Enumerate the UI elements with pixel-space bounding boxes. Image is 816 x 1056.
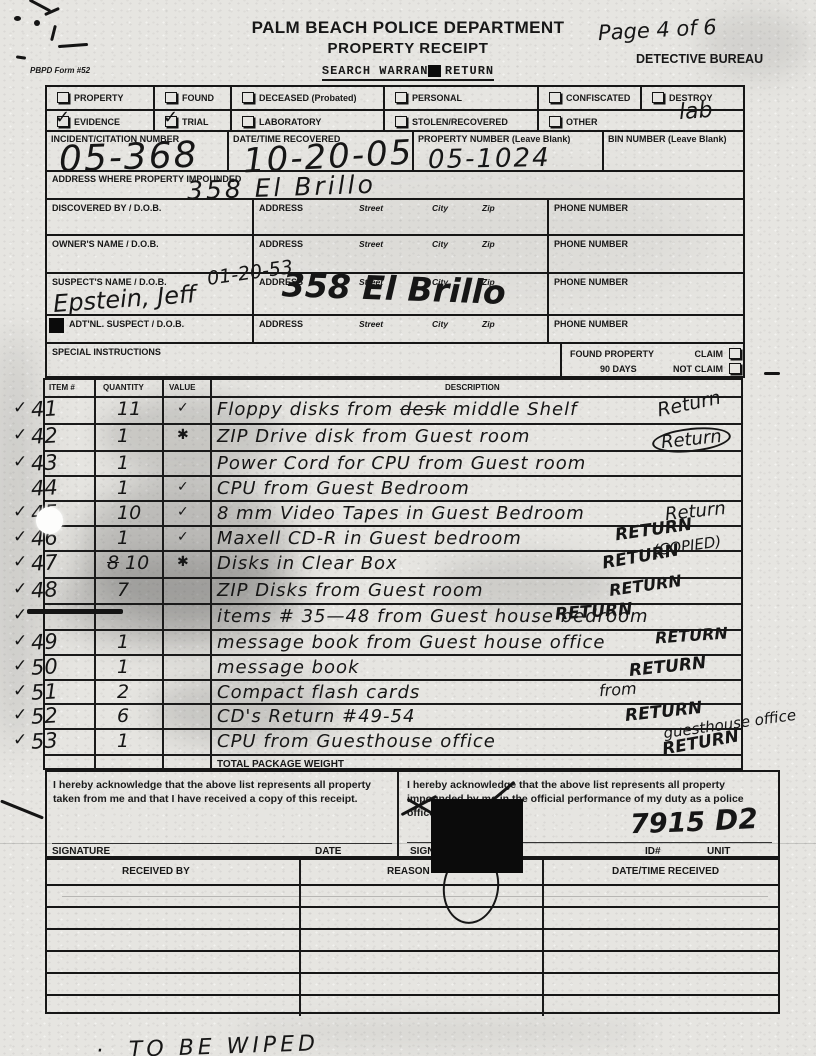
evidence-checkbox[interactable]: ✓	[57, 116, 69, 127]
col-divider	[162, 527, 164, 550]
classification-label: EVIDENCE	[74, 117, 120, 127]
handwritten-quantity: 1	[117, 732, 129, 751]
classification-label: FOUND	[182, 93, 214, 103]
person-row-label: DISCOVERED BY / D.O.B.	[52, 203, 161, 213]
other-checkbox[interactable]	[549, 116, 561, 127]
col-divider	[94, 452, 96, 475]
col-divider	[162, 398, 164, 423]
handwritten-lab-note: lab	[678, 100, 713, 124]
col-divider	[94, 656, 96, 679]
property-item-row: ✓487ZIP Disks from Guest roomRETURN	[45, 577, 741, 603]
handwritten-description: Floppy disks from desk middle Shelf	[217, 401, 577, 419]
handwritten-quantity: 10	[117, 504, 141, 523]
stolen-recovered-checkbox[interactable]	[395, 116, 407, 127]
person-phone-cell: PHONE NUMBER	[547, 236, 747, 272]
handwritten-case-value: 05-1024	[428, 145, 551, 173]
handwritten-description: CPU from Guest Bedroom	[217, 480, 470, 498]
struck-quantity: 8	[107, 554, 119, 573]
person-address-cell: ADDRESSStreetCityZip358 El Brillo	[252, 274, 547, 314]
signature-line-left	[52, 843, 392, 844]
handwritten-unit: D2	[714, 805, 758, 835]
items-header-description: DESCRIPTION	[445, 383, 500, 392]
margin-pen-bar	[27, 609, 123, 614]
classification-label: DECEASED (Probated)	[259, 93, 357, 103]
col-divider	[299, 886, 301, 906]
zip-label: Zip	[482, 203, 495, 213]
case-fields-row: INCIDENT/CITATION NUMBER05-368DATE/TIME …	[47, 130, 743, 170]
property-item-row: ✓461✓Maxell CD-R in Guest bedroomRETURN(…	[45, 525, 741, 550]
handwritten-description: message book from Guest house office	[217, 634, 605, 652]
phone-label: PHONE NUMBER	[554, 319, 628, 329]
handwritten-description: Power Cord for CPU from Guest room	[217, 455, 586, 473]
items-header-quantity: QUANTITY	[103, 383, 144, 392]
handwritten-quantity: 1	[117, 529, 129, 548]
city-label: City	[432, 203, 448, 213]
handwritten-quantity: 6	[117, 707, 129, 726]
col-divider	[210, 656, 212, 679]
classification-cell: OTHER	[537, 111, 747, 130]
handwritten-value-mark: ✱	[177, 555, 189, 569]
address-impounded-row: ADDRESS WHERE PROPERTY IMPOUNDED 358 El …	[47, 170, 743, 198]
items-header-item: ITEM #	[49, 383, 75, 392]
unit-label: UNIT	[707, 846, 730, 857]
address-label: ADDRESS	[259, 319, 303, 329]
handwritten-quantity: 1	[117, 427, 129, 446]
property-items-table: ITEM # QUANTITY VALUE DESCRIPTION ✓4111✓…	[43, 378, 743, 770]
col-divider	[162, 681, 164, 703]
classification-cell: FOUND	[153, 87, 230, 109]
scanned-property-receipt-page: PALM BEACH POLICE DEPARTMENT PROPERTY RE…	[0, 0, 816, 1056]
handwritten-item-number: 53	[30, 730, 58, 752]
form-subtitle: SEARCH WARRANT RETURN	[0, 64, 816, 78]
zip-label: Zip	[482, 239, 495, 249]
handwritten-description: CD's Return #49-54	[217, 708, 415, 726]
property-item-row: ✓431Power Cord for CPU from Guest room	[45, 450, 741, 475]
person-address-cell: ADDRESSStreetCityZip	[252, 200, 547, 234]
margin-check-mark: ✓	[13, 400, 27, 417]
property-checkbox[interactable]	[57, 92, 69, 103]
col-divider	[210, 398, 212, 423]
signature-label: SIGNATURE	[52, 846, 110, 857]
person-phone-cell: PHONE NUMBER	[547, 274, 747, 314]
person-row: SUSPECT'S NAME / D.O.B.01-20-53Epstein, …	[47, 272, 743, 314]
person-address-cell: ADDRESSStreetCityZip	[252, 316, 547, 342]
col-divider	[542, 974, 544, 994]
pen-check-mark: ✓	[163, 107, 178, 128]
col-divider	[94, 730, 96, 754]
redaction-box-small	[49, 318, 64, 333]
pen-check-mark: ✓	[55, 107, 70, 128]
received-empty-row[interactable]	[47, 994, 778, 1016]
handwritten-quantity: 1	[117, 658, 129, 677]
col-divider	[162, 425, 164, 450]
ninety-days-label: 90 DAYS	[600, 364, 637, 374]
classification-cell: PERSONAL	[383, 87, 537, 109]
ink-scribble	[764, 372, 780, 375]
handwritten-quantity: 2	[117, 683, 129, 702]
handwritten-description: CPU from Guesthouse office	[217, 733, 496, 751]
col-divider	[94, 398, 96, 423]
deceased-probated--checkbox[interactable]	[242, 92, 254, 103]
id-label: ID#	[645, 846, 661, 857]
person-row: ADT'NL. SUSPECT / D.O.B.ADDRESSStreetCit…	[47, 314, 743, 342]
phone-label: PHONE NUMBER	[554, 203, 628, 213]
not-claim-checkbox[interactable]	[729, 363, 741, 374]
claim-checkbox[interactable]	[729, 348, 741, 359]
destroy-checkbox[interactable]	[652, 92, 664, 103]
handwritten-value-mark: ✓	[177, 480, 189, 494]
items-header-value: VALUE	[169, 383, 196, 392]
margin-check-mark: ✓	[13, 607, 27, 624]
acknowledgment-left-text: I hereby acknowledge that the above list…	[53, 778, 383, 806]
ink-blot	[428, 65, 441, 77]
handwritten-item-number: 50	[30, 656, 58, 678]
col-divider	[542, 930, 544, 950]
margin-check-mark: ✓	[13, 581, 27, 598]
person-row-label: OWNER'S NAME / D.O.B.	[52, 239, 159, 249]
date-label: DATE	[315, 846, 341, 857]
col-divider	[542, 908, 544, 928]
property-item-row: ✓421✱ZIP Drive disk from Guest roomRetur…	[45, 423, 741, 450]
classification-cell: DECEASED (Probated)	[230, 87, 383, 109]
received-empty-row[interactable]	[47, 950, 778, 972]
col-divider	[162, 579, 164, 603]
case-field-cell: PROPERTY NUMBER (Leave Blank)05-1024	[412, 132, 602, 170]
zip-label: Zip	[482, 319, 495, 329]
col-divider	[162, 656, 164, 679]
col-divider	[210, 502, 212, 525]
col-divider	[94, 425, 96, 450]
handwritten-quantity: 11	[117, 400, 141, 419]
handwritten-description: Maxell CD-R in Guest bedroom	[217, 530, 522, 548]
classification-cell: LABORATORY	[230, 111, 383, 130]
property-item-row: ✓4111✓Floppy disks from desk middle Shel…	[45, 396, 741, 423]
handwritten-quantity: 10	[125, 554, 149, 573]
phone-label: PHONE NUMBER	[554, 277, 628, 287]
handwritten-description: Disks in Clear Box	[217, 555, 398, 573]
struck-word: desk	[400, 399, 446, 420]
received-header-row: RECEIVED BY REASON DATE/TIME RECEIVED	[47, 860, 778, 884]
city-label: City	[432, 319, 448, 329]
found-checkbox[interactable]	[165, 92, 177, 103]
acknowledgment-section: I hereby acknowledge that the above list…	[45, 770, 780, 858]
col-divider	[162, 452, 164, 475]
special-instructions-label: SPECIAL INSTRUCTIONS	[52, 347, 161, 357]
street-label: Street	[359, 203, 383, 213]
handwritten-return-note: RETURN	[608, 573, 682, 599]
col-divider	[94, 502, 96, 525]
trial-checkbox[interactable]: ✓	[165, 116, 177, 127]
col-divider	[162, 605, 164, 629]
redaction-box-signature	[431, 799, 523, 873]
col-divider	[210, 631, 212, 654]
col-divider	[210, 579, 212, 603]
handwritten-description: 8 mm Video Tapes in Guest Bedroom	[217, 505, 585, 523]
case-field-label: BIN NUMBER (Leave Blank)	[608, 134, 727, 144]
handwritten-footer-note: · TO BE WIPED	[96, 1033, 320, 1056]
col-divider	[210, 605, 212, 629]
property-item-row: ✓512Compact flash cardsfrom	[45, 679, 741, 703]
handwritten-description: Compact flash cards	[217, 684, 420, 702]
handwritten-return-note: RETURN	[628, 655, 707, 680]
col-divider	[210, 527, 212, 550]
col-divider	[542, 996, 544, 1016]
col-divider	[210, 477, 212, 500]
classification-label: CONFISCATED	[566, 93, 630, 103]
col-divider	[94, 552, 96, 577]
handwritten-item-number: 47	[30, 552, 58, 574]
property-item-row: 441✓CPU from Guest Bedroom	[45, 475, 741, 500]
col-divider	[162, 477, 164, 500]
col-divider	[299, 952, 301, 972]
margin-check-mark: ✓	[13, 683, 27, 700]
classification-row-2: ✓EVIDENCE✓TRIALLABORATORYSTOLEN/RECOVERE…	[47, 109, 743, 130]
received-empty-row[interactable]	[47, 972, 778, 994]
signature-stroke	[0, 799, 44, 819]
items-header-row: ITEM # QUANTITY VALUE DESCRIPTION	[45, 380, 741, 396]
col-divider	[94, 681, 96, 703]
margin-check-mark: ✓	[13, 554, 27, 571]
classification-cell: PROPERTY	[47, 87, 153, 109]
handwritten-item-number: 52	[30, 705, 58, 727]
handwritten-quantity: 1	[117, 633, 129, 652]
confiscated-checkbox[interactable]	[549, 92, 561, 103]
address-label: ADDRESS	[259, 239, 303, 249]
city-label: City	[432, 239, 448, 249]
col-divider	[210, 730, 212, 754]
special-instructions-row: SPECIAL INSTRUCTIONS FOUND PROPERTY CLAI…	[47, 342, 743, 380]
margin-check-mark: ✓	[13, 707, 27, 724]
footer-note-text: TO BE WIPED	[129, 1031, 320, 1056]
received-empty-row[interactable]	[47, 906, 778, 928]
col-divider	[162, 552, 164, 577]
handwritten-return-note: RETURN	[655, 625, 729, 646]
classification-cell: CONFISCATED	[537, 87, 640, 109]
col-divider	[162, 502, 164, 525]
col-divider	[210, 425, 212, 450]
col-divider	[162, 730, 164, 754]
classification-label: STOLEN/RECOVERED	[412, 117, 508, 127]
handwritten-item-number: 42	[30, 425, 58, 447]
classification-cell: ✓EVIDENCE	[47, 111, 153, 130]
handwritten-item-number: 43	[30, 452, 58, 474]
address-label: ADDRESS	[259, 203, 303, 213]
person-phone-cell: PHONE NUMBER	[547, 316, 747, 342]
handwritten-description: ZIP Drive disk from Guest room	[217, 428, 530, 446]
handwritten-description: message book	[217, 659, 360, 677]
person-row-label: ADT'NL. SUSPECT / D.O.B.	[69, 319, 184, 329]
classification-label: OTHER	[566, 117, 598, 127]
col-divider	[542, 952, 544, 972]
margin-check-mark: ✓	[13, 504, 27, 521]
col-divider	[542, 886, 544, 906]
margin-check-mark: ✓	[13, 454, 27, 471]
phone-label: PHONE NUMBER	[554, 239, 628, 249]
laboratory-checkbox[interactable]	[242, 116, 254, 127]
col-divider	[299, 908, 301, 928]
classification-cell: STOLEN/RECOVERED	[383, 111, 537, 130]
col-divider	[94, 631, 96, 654]
col-divider	[299, 974, 301, 994]
col-divider	[210, 705, 212, 728]
property-item-row: ✓526CD's Return #49-54RETURNguesthouse o…	[45, 703, 741, 728]
claim-label: CLAIM	[695, 349, 724, 359]
col-divider	[299, 930, 301, 950]
handwritten-item-number: 51	[30, 681, 58, 703]
col-divider	[299, 996, 301, 1016]
street-label: Street	[359, 319, 383, 329]
col-divider	[210, 681, 212, 703]
case-field-cell: INCIDENT/CITATION NUMBER05-368	[47, 132, 227, 170]
hole-punch	[36, 507, 63, 534]
handwritten-suspect-name: Epstein, Jeff	[52, 282, 197, 316]
person-row: OWNER'S NAME / D.O.B.ADDRESSStreetCityZi…	[47, 234, 743, 272]
handwritten-return-note: from	[598, 681, 637, 700]
handwritten-value-mark: ✓	[177, 401, 189, 415]
handwritten-quantity: 7	[117, 581, 129, 600]
street-label: Street	[359, 239, 383, 249]
classification-row-1: PROPERTYFOUNDDECEASED (Probated)PERSONAL…	[47, 87, 743, 109]
col-divider	[162, 705, 164, 728]
handwritten-quantity: 1	[117, 479, 129, 498]
found-property-cell: FOUND PROPERTY CLAIM 90 DAYS NOT CLAIM	[560, 344, 747, 380]
handwritten-officer-id: 7915	[630, 809, 706, 839]
margin-check-mark: ✓	[13, 427, 27, 444]
col-divider	[94, 477, 96, 500]
col-divider	[94, 527, 96, 550]
handwritten-value-mark: ✓	[177, 530, 189, 544]
margin-check-mark: ✓	[13, 732, 27, 749]
property-item-row: ✓491message book from Guest house office…	[45, 629, 741, 654]
received-by-header: RECEIVED BY	[122, 866, 190, 877]
received-empty-row[interactable]	[47, 884, 778, 906]
personal-checkbox[interactable]	[395, 92, 407, 103]
classification-label: PERSONAL	[412, 93, 462, 103]
person-phone-cell: PHONE NUMBER	[547, 200, 747, 234]
handwritten-item-number: 41	[30, 398, 58, 420]
classification-label: LABORATORY	[259, 117, 321, 127]
property-item-row: ✓47810✱Disks in Clear BoxRETURN	[45, 550, 741, 577]
property-item-row: ✓items # 35—48 from Guest house bedroomR…	[45, 603, 741, 629]
datetime-received-header: DATE/TIME RECEIVED	[612, 866, 719, 877]
classification-label: PROPERTY	[74, 93, 124, 103]
handwritten-suspect-address: 358 El Brillo	[281, 268, 506, 309]
handwritten-item-number: 44	[30, 477, 58, 499]
not-claim-label: NOT CLAIM	[673, 364, 723, 374]
classification-label: TRIAL	[182, 117, 209, 127]
received-empty-row[interactable]	[47, 928, 778, 950]
col-divider	[94, 579, 96, 603]
col-divider	[210, 552, 212, 577]
margin-check-mark: ✓	[13, 633, 27, 650]
total-weight-label: TOTAL PACKAGE WEIGHT	[217, 759, 344, 770]
handwritten-item-number: 48	[30, 579, 58, 601]
received-table: RECEIVED BY REASON DATE/TIME RECEIVED	[45, 858, 780, 1014]
handwritten-item-number: 49	[30, 631, 58, 653]
footer-dot: ·	[96, 1038, 130, 1056]
found-property-label: FOUND PROPERTY	[570, 349, 654, 359]
handwritten-description: ZIP Disks from Guest room	[217, 582, 484, 600]
col-divider	[162, 631, 164, 654]
handwritten-value-mark: ✱	[177, 428, 189, 442]
person-row: DISCOVERED BY / D.O.B.ADDRESSStreetCityZ…	[47, 198, 743, 234]
case-field-cell: DATE/TIME RECOVERED10-20-05	[227, 132, 412, 170]
col-divider	[94, 705, 96, 728]
property-item-row: ✓501message bookRETURN	[45, 654, 741, 679]
handwritten-value-mark: ✓	[177, 505, 189, 519]
property-item-row: ✓531CPU from Guesthouse officeRETURN	[45, 728, 741, 754]
classification-cell: ✓TRIAL	[153, 111, 230, 130]
reason-header: REASON	[387, 866, 430, 877]
case-field-cell: BIN NUMBER (Leave Blank)	[602, 132, 747, 170]
margin-check-mark: ✓	[13, 658, 27, 675]
handwritten-quantity: 1	[117, 454, 129, 473]
col-divider	[210, 452, 212, 475]
form-upper-grid: PROPERTYFOUNDDECEASED (Probated)PERSONAL…	[45, 85, 745, 378]
margin-check-mark: ✓	[13, 529, 27, 546]
